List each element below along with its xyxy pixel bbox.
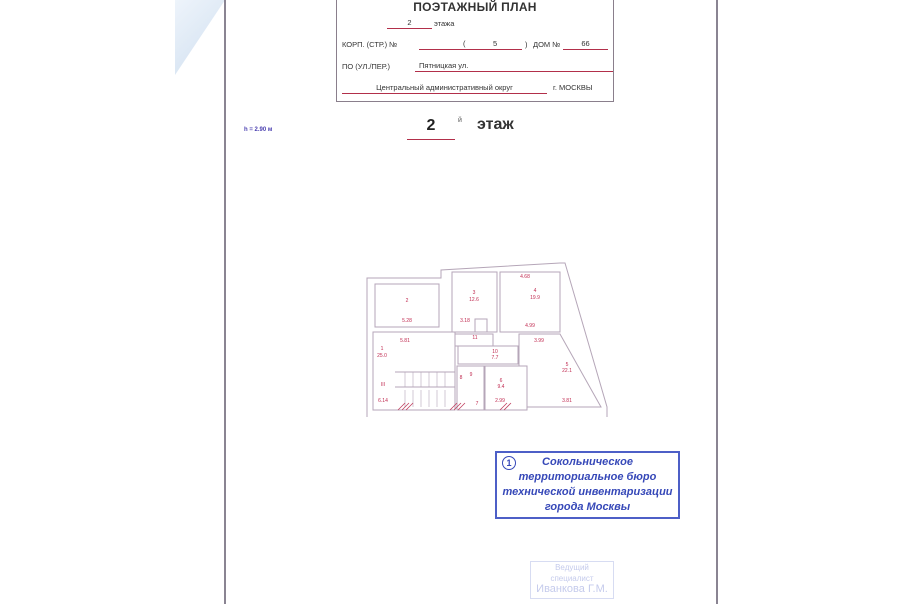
korp-field: ( 5: [419, 39, 522, 50]
floor-number-field: 2: [387, 18, 432, 29]
korp-open-paren: (: [463, 39, 466, 48]
svg-text:4.99: 4.99: [525, 323, 535, 329]
ceiling-height-note: h = 2.90 м: [244, 127, 272, 133]
page-left-border: [224, 0, 226, 604]
specialist-stamp: Ведущий специалист Иванкова Г.М.: [530, 561, 614, 599]
korp-label: КОРП. (СТР.) №: [342, 40, 397, 49]
floor-suffix-label: этажа: [434, 19, 454, 28]
floor-number: 2: [407, 117, 455, 140]
svg-text:4: 4: [534, 288, 537, 294]
svg-text:3.18: 3.18: [460, 318, 470, 324]
svg-text:1: 1: [381, 346, 384, 352]
svg-text:7: 7: [476, 401, 479, 407]
svg-text:25.0: 25.0: [377, 353, 387, 359]
svg-text:6.14: 6.14: [378, 398, 388, 404]
svg-text:12.6: 12.6: [469, 297, 479, 303]
svg-text:8: 8: [460, 375, 463, 381]
svg-text:9.4: 9.4: [498, 384, 505, 390]
svg-text:11: 11: [472, 335, 477, 341]
specialist-line-1: Ведущий: [531, 562, 613, 573]
stamp-line-1: Сокольническое: [497, 455, 678, 470]
city-label: г. МОСКВЫ: [553, 83, 593, 92]
title-block: ПОЭТАЖНЫЙ ПЛАН 2 этажа КОРП. (СТР.) № ( …: [336, 0, 614, 102]
specialist-name: Иванкова Г.М.: [531, 584, 613, 595]
stamp-line-2: территориальное бюро: [497, 470, 678, 485]
page-fold-corner: [175, 0, 225, 75]
svg-text:9: 9: [470, 372, 473, 378]
stamp-line-3: технической инвентаризации: [497, 485, 678, 500]
svg-text:III: III: [381, 382, 385, 388]
svg-text:7.7: 7.7: [492, 355, 499, 361]
korp-close-paren: ): [525, 40, 528, 49]
dom-label: ДОМ №: [533, 40, 560, 49]
plan-title: ПОЭТАЖНЫЙ ПЛАН: [337, 0, 613, 14]
stamp-line-4: города Москвы: [497, 500, 678, 515]
street-field: Пятницкая ул.: [415, 61, 613, 72]
svg-text:19.9: 19.9: [530, 295, 540, 301]
bti-stamp: 1 Сокольническое территориальное бюро те…: [495, 451, 680, 519]
dom-field: 66: [563, 39, 608, 50]
svg-text:22.1: 22.1: [562, 368, 572, 374]
korp-value: 5: [493, 39, 497, 48]
svg-text:4.68: 4.68: [520, 274, 530, 280]
svg-text:5.81: 5.81: [400, 338, 410, 344]
street-label: ПО (УЛ./ПЕР.): [342, 62, 390, 71]
floor-plan-drawing: 2 5.28 125.0 5.81 312.6 419.9 4.684.99 3…: [355, 262, 615, 417]
svg-text:2.99: 2.99: [495, 398, 505, 404]
district-field: Центральный административный округ: [342, 83, 547, 94]
svg-text:3.99: 3.99: [534, 338, 544, 344]
svg-text:3: 3: [473, 290, 476, 296]
floor-superscript: й: [458, 117, 462, 124]
svg-text:3.81: 3.81: [562, 398, 572, 404]
stamp-number-circle: 1: [502, 456, 516, 470]
svg-text:5.28: 5.28: [402, 318, 412, 324]
floor-word: этаж: [477, 116, 514, 134]
svg-text:2: 2: [406, 298, 409, 304]
document-sheet: ПОЭТАЖНЫЙ ПЛАН 2 этажа КОРП. (СТР.) № ( …: [0, 0, 900, 604]
page-right-border: [716, 0, 718, 604]
